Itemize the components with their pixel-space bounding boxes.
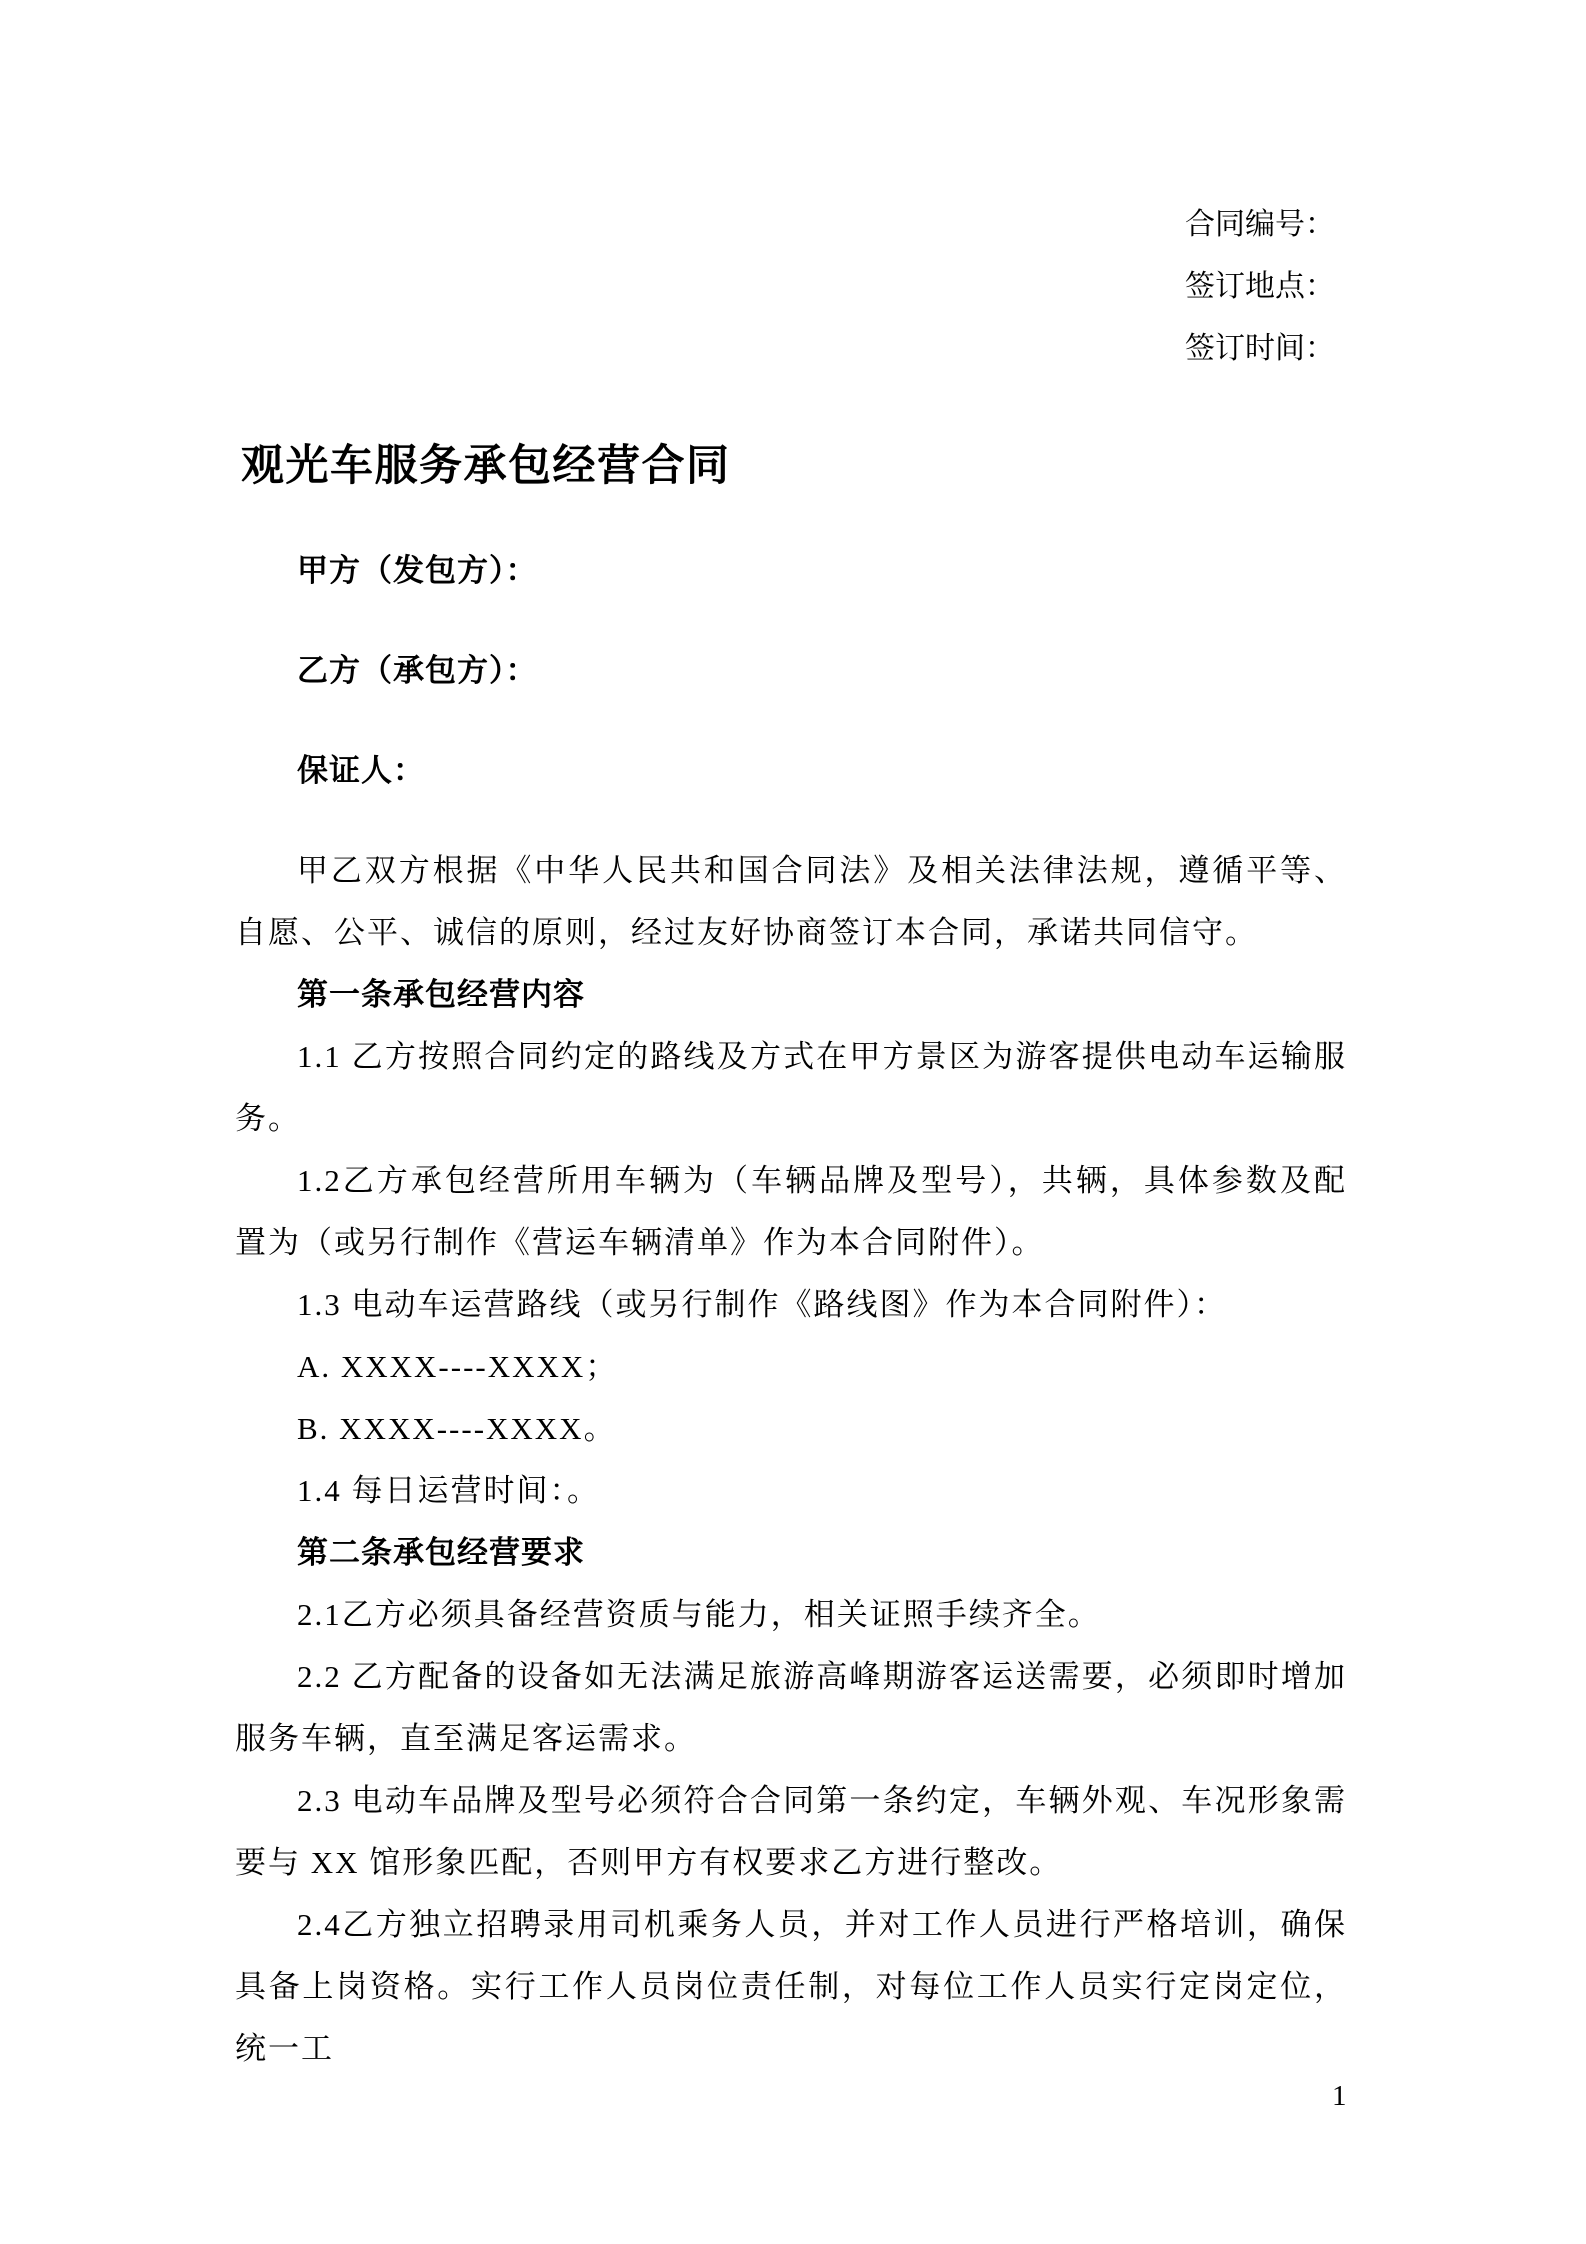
document-title: 观光车服务承包经营合同: [241, 432, 731, 493]
clause-1-3: 1.3 电动车运营路线（或另行制作《路线图》作为本合同附件）：: [235, 1274, 1347, 1336]
clause-2-2: 2.2 乙方配备的设备如无法满足旅游高峰期游客运送需要，必须即时增加服务车辆，直…: [235, 1646, 1347, 1770]
guarantor-label: 保证人：: [235, 740, 1347, 802]
party-a-label: 甲方（发包方）：: [235, 540, 1347, 602]
route-item-a: A. XXXX----XXXX；: [235, 1336, 1347, 1398]
preamble-paragraph: 甲乙双方根据《中华人民共和国合同法》及相关法律法规，遵循平等、自愿、公平、诚信的…: [235, 840, 1347, 964]
clause-2-3: 2.3 电动车品牌及型号必须符合合同第一条约定，车辆外观、车况形象需要与 XX …: [235, 1770, 1347, 1894]
route-item-b: B. XXXX----XXXX。: [235, 1398, 1347, 1460]
clause-1-1: 1.1 乙方按照合同约定的路线及方式在甲方景区为游客提供电动车运输服务。: [235, 1026, 1347, 1150]
party-b-label: 乙方（承包方）：: [235, 640, 1347, 702]
contract-number-label: 合同编号：: [1185, 194, 1335, 256]
signing-time-label: 签订时间：: [1185, 318, 1335, 380]
page-number: 1: [1332, 2065, 1347, 2127]
clause-1-4: 1.4 每日运营时间：。: [235, 1460, 1347, 1522]
contract-body: 甲方（发包方）： 乙方（承包方）： 保证人： 甲乙双方根据《中华人民共和国合同法…: [235, 540, 1347, 2080]
clause-2-4: 2.4乙方独立招聘录用司机乘务人员，并对工作人员进行严格培训，确保具备上岗资格。…: [235, 1894, 1347, 2080]
clause-2-1: 2.1乙方必须具备经营资质与能力，相关证照手续齐全。: [235, 1584, 1347, 1646]
signing-place-label: 签订地点：: [1185, 256, 1335, 318]
contract-meta-block: 合同编号： 签订地点： 签订时间：: [1185, 194, 1335, 380]
section-2-heading: 第二条承包经营要求: [235, 1522, 1347, 1584]
section-1-heading: 第一条承包经营内容: [235, 964, 1347, 1026]
clause-1-2: 1.2乙方承包经营所用车辆为（车辆品牌及型号），共辆，具体参数及配置为（或另行制…: [235, 1150, 1347, 1274]
contract-page: 合同编号： 签订地点： 签订时间： 观光车服务承包经营合同 甲方（发包方）： 乙…: [0, 0, 1586, 2244]
